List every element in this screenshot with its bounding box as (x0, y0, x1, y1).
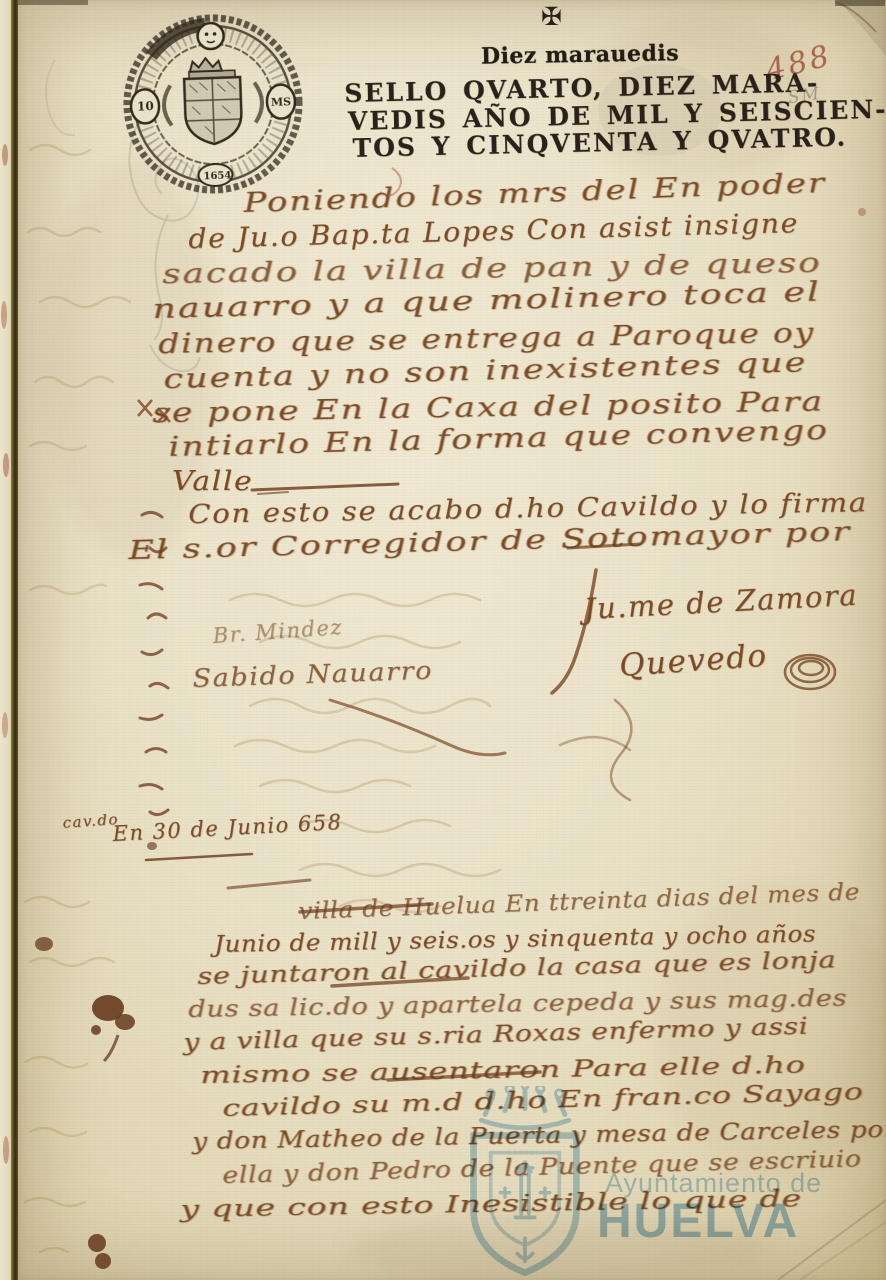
paper-stain (348, 1215, 768, 1280)
seal-right-text: MS (271, 95, 292, 109)
seal-year-text: 1654 (203, 170, 231, 182)
seal-shield (184, 77, 242, 145)
seal-top-face (197, 23, 224, 50)
seal-left-text: 10 (137, 99, 154, 114)
printed-stamp-text: SELLO QVARTO, DIEZ MARA- VEDIS AÑO DE MI… (344, 68, 886, 163)
seal-crown (188, 57, 235, 79)
official-seal-stamp: 10 MS 1654 (119, 9, 307, 199)
printed-cross-icon: ✠ (541, 2, 562, 31)
manuscript-line: Valle (172, 466, 253, 497)
scanned-manuscript-page: { "palette": { "paper": "#e9e1c7", "ink_… (0, 0, 886, 1280)
tax-value-label: Diez marauedis (481, 40, 680, 69)
